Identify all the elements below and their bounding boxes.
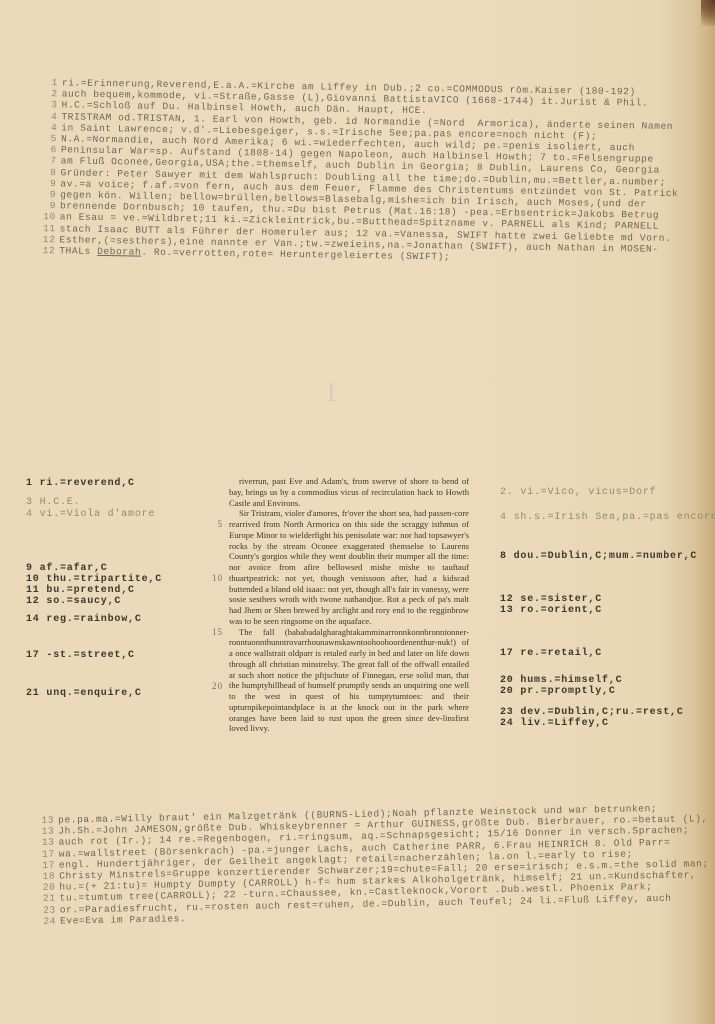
section-numeral: I — [327, 378, 336, 408]
note-line-number: 9 — [38, 189, 56, 200]
note-line-number: 12 — [37, 245, 55, 256]
note-line-number: 23 — [38, 904, 56, 916]
note-line-number: 24 — [38, 915, 56, 927]
gloss-entry: 21 unq.=enquire,C — [26, 688, 142, 699]
gloss-entry: 3 H.C.E. — [26, 497, 80, 508]
note-line-number: 6 — [39, 144, 57, 155]
gloss-entry: 17 -st.=street,C — [26, 650, 135, 661]
gloss-entry: 1 ri.=reverend,C — [26, 478, 135, 489]
gloss-entry: 14 reg.=rainbow,C — [26, 614, 142, 625]
gloss-entry: 4 vi.=Viola d'amore — [26, 509, 155, 520]
note-line-number: 4 — [39, 111, 57, 122]
paragraph-tristram: Sir Tristram, violer d'amores, fr'over t… — [229, 508, 469, 626]
gloss-entry: 10 thu.=tripartite,C — [26, 574, 162, 585]
line-number: 20 — [209, 681, 223, 692]
gloss-entry: 8 dou.=Dublin,C;mum.=number,C — [500, 551, 697, 562]
note-line-number: 2 — [40, 88, 58, 99]
paragraph-the-fall: The fall (bababadalgharaghtakamminarronn… — [229, 627, 469, 735]
note-line-text: Eve=Eva im Paradies. — [60, 913, 186, 926]
gloss-entry: 20 pr.=promptly,C — [500, 686, 616, 697]
note-line-number: 13 — [36, 837, 54, 849]
note-line-number: 9 — [38, 200, 56, 211]
note-line-number: 17 — [37, 848, 55, 860]
note-line-number: 3 — [39, 99, 57, 110]
gloss-entry: 9 af.=afar,C — [26, 563, 108, 574]
paragraph-opening: riverrun, past Eve and Adam's, from swer… — [229, 476, 469, 508]
note-line-number: 10 — [38, 211, 56, 222]
main-text-column: 5 10 15 20 riverrun, past Eve and Adam's… — [229, 476, 469, 734]
note-line-number: 21 — [38, 893, 56, 905]
note-line-number: 7 — [39, 155, 57, 166]
line-number: 15 — [209, 627, 223, 638]
gloss-entry: 2. vi.=Vico, vicus=Dorf — [500, 487, 656, 498]
top-annotation-notes: 1ri.=Erinnerung,Reverend,E.a.A.=Kirche a… — [37, 77, 680, 266]
gloss-entry: 23 dev.=Dublin,C;ru.=rest,C — [500, 707, 684, 718]
note-line-number: 1 — [40, 77, 58, 88]
bottom-annotation-notes: 13pe.pa.ma.=Willy braut' ein Malzgetränk… — [36, 802, 710, 927]
gloss-entry: 24 liv.=Liffey,C — [500, 718, 609, 729]
gloss-entry: 12 se.=sister,C — [500, 594, 602, 605]
gloss-entry: 17 re.=retail,C — [500, 648, 602, 659]
note-line-number: 17 — [37, 859, 55, 871]
gloss-entry: 4 sh.s.=Irish Sea,pa.=pas encore — [500, 512, 715, 523]
note-line-number: 12 — [37, 234, 55, 245]
gloss-entry: 20 hums.=himself,C — [500, 675, 622, 686]
gloss-entry: 11 bu.=pretend,C — [26, 585, 135, 596]
page-corner-shadow — [701, 0, 715, 26]
note-line-number: 9 — [38, 178, 56, 189]
line-number: 10 — [209, 573, 223, 584]
note-line-number: 20 — [37, 882, 55, 894]
note-line-number: 8 — [38, 167, 56, 178]
gloss-entry: 12 so.=saucy,C — [26, 596, 121, 607]
note-line-number: 11 — [38, 223, 56, 234]
note-line-number: 5 — [39, 133, 57, 144]
line-number: 5 — [209, 519, 223, 530]
note-line-number: 13 — [36, 815, 54, 827]
note-line-number: 4 — [39, 122, 57, 133]
note-line-number: 18 — [37, 871, 55, 883]
note-line-number: 13 — [36, 826, 54, 838]
gloss-entry: 13 ro.=orient,C — [500, 605, 602, 616]
